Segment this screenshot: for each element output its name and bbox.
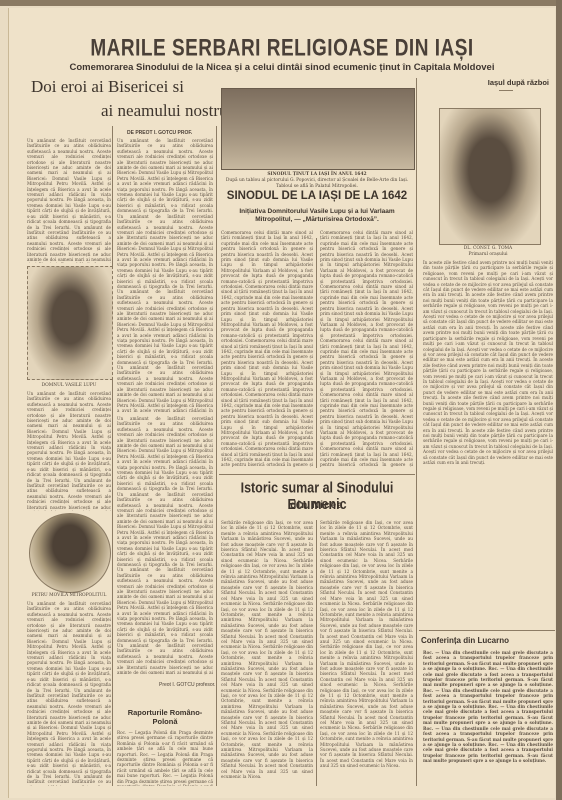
right-article-title: Iașul după război — [419, 78, 549, 87]
left-article-title-2: ai neamului nostru — [101, 102, 228, 120]
newspaper-page: MARILE SERBARI RELIGIOASE DIN IAȘI Comem… — [8, 8, 555, 798]
left-article-body-col2: Un amănunt de însfătuit cercetând însfăt… — [117, 138, 213, 413]
bottom-article-body: Roc. — Legația Polonă din Praga dezminte… — [117, 730, 213, 786]
nicea-article-body-col2: Serbările religioase din Iași, ce vor av… — [320, 520, 413, 786]
painting-caption-text: După un tablou al pictorului G. Popovici… — [221, 178, 413, 189]
synod-painting — [221, 88, 415, 170]
painting-caption-title: SINODUL ȚINUT LA IAȘI ÎN ANUL 1642 — [221, 172, 413, 178]
section-rule — [419, 630, 555, 631]
nicea-article-body-col1: Serbările religioase din Iași, ce vor av… — [221, 520, 313, 786]
column-rule — [316, 520, 317, 786]
portrait-caption-role: Primarul orașului — [421, 252, 555, 258]
portrait-caption: DOMNUL VASILE LUPU — [27, 383, 111, 389]
portrait-petru-movila — [29, 513, 111, 593]
left-article-body-col1c: Un amănunt de însfătuit cercetând însfăt… — [27, 601, 111, 786]
bottom-article-title-1: Raporturile Româno- — [117, 708, 213, 717]
center-article-body-col2: Comemorarea celui dintâi mare sinod al ț… — [320, 230, 413, 468]
center-article-title: SINODUL DE LA IAȘI DE LA 1642 — [219, 190, 415, 202]
portrait-caption-name: DL. CONST. G. TOMA — [421, 246, 555, 252]
column-rule — [216, 126, 217, 786]
center-article-subtitle: Inițiativa Domnitorului Vasile Lupu și a… — [221, 208, 413, 224]
left-article-title-1: Doi eroi ai Bisericei si — [31, 78, 184, 96]
scan-edge-right — [556, 0, 562, 800]
column-rule — [416, 78, 417, 786]
lucarno-article-body: Roc. — Una din chestiunile cele mai grel… — [423, 650, 553, 786]
column-rule — [316, 238, 317, 468]
portrait-caption: PETRU MOVILA MITROPOLITUL — [27, 593, 111, 599]
left-article-body-col1b: Un amănunt de însfătuit cercetând însfăt… — [27, 391, 111, 511]
nicea-article-title-2: din Nicea — [219, 500, 415, 511]
left-article-body: Un amănunt de însfătuit cercetând însfăt… — [27, 138, 111, 263]
scan-edge-top — [0, 0, 562, 6]
portrait-const-toma — [439, 108, 541, 245]
left-article-body-col2b: Un amănunt de însfătuit cercetând însfăt… — [117, 416, 213, 676]
sub-headline: Comemorarea Sinodului de la Nicea și a c… — [9, 62, 555, 73]
section-rule — [219, 474, 415, 475]
bottom-article-title-2: Polonă — [117, 717, 213, 726]
signature: Preot I. GOTCU profesor. — [159, 682, 215, 688]
column-rule — [112, 126, 113, 786]
title-rule — [499, 90, 513, 91]
lucarno-article-title: Conferința din Lucarno — [421, 636, 555, 645]
right-article-body: În aceste zile festive când avem printre… — [423, 260, 553, 630]
portrait-vasile-lupu — [27, 266, 113, 380]
center-article-body-col1: Comemorarea celui dintâi mare sinod al ț… — [221, 230, 313, 468]
byline: DE PREOT I. GOTCU PROF. — [127, 130, 192, 136]
main-headline: MARILE SERBARI RELIGIOASE DIN IAȘI — [9, 35, 555, 63]
